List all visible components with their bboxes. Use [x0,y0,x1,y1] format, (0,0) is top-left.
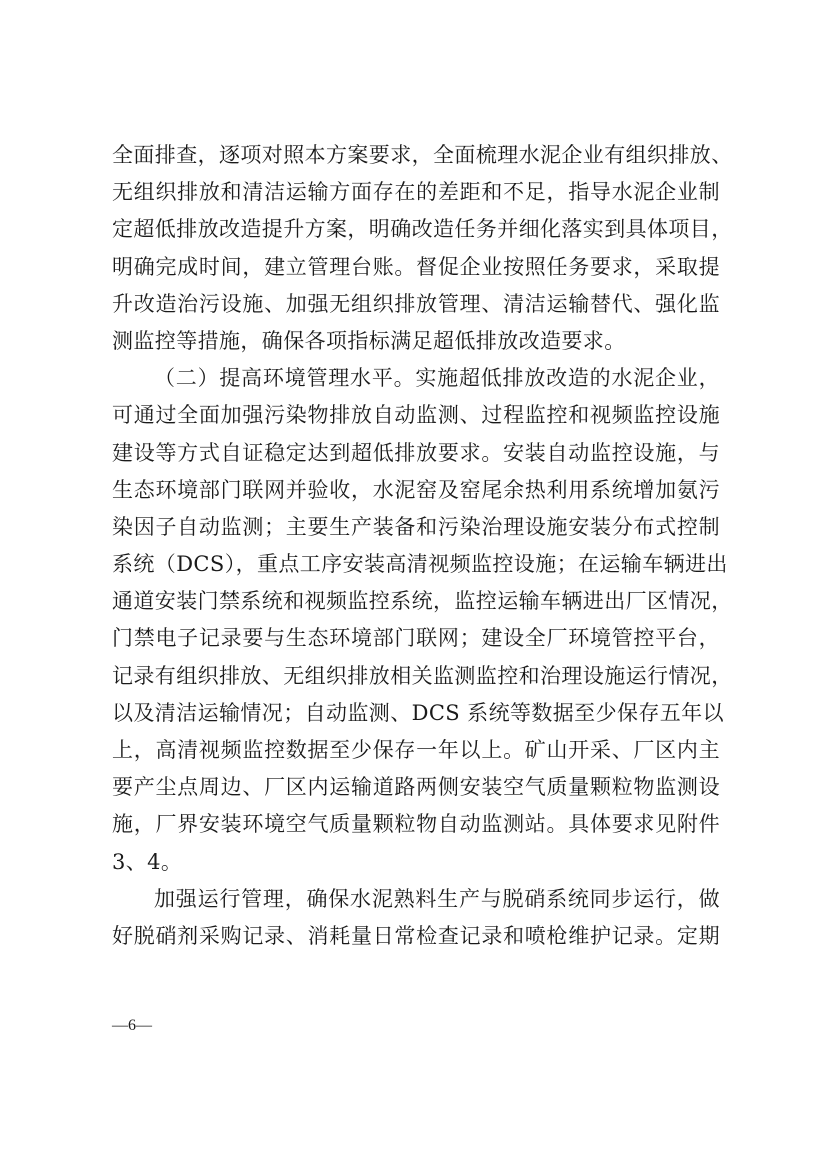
text-line: 上，高清视频监控数据至少保存一年以上。矿山开采、厂区内主 [112,732,720,769]
text-line: 生态环境部门联网并验收，水泥窑及窑尾余热利用系统增加氨污 [112,472,720,509]
section-heading-line: （二）提高环境管理水平。实施超低排放改造的水泥企业， [112,360,720,397]
text-line: 可通过全面加强污染物排放自动监测、过程监控和视频监控设施 [112,397,720,434]
document-page: 全面排查，逐项对照本方案要求，全面梳理水泥企业有组织排放、 无组织排放和清洁运输… [0,0,826,1169]
text-line: 定超低排放改造提升方案，明确改造任务并细化落实到具体项目， [112,211,720,248]
text-line: 记录有组织排放、无组织排放相关监测监控和治理设施运行情况， [112,658,720,695]
text-line: 通道安装门禁系统和视频监控系统，监控运输车辆进出厂区情况， [112,583,720,620]
text-line: 无组织排放和清洁运输方面存在的差距和不足，指导水泥企业制 [112,174,720,211]
text-line: 加强运行管理，确保水泥熟料生产与脱硝系统同步运行，做 [112,881,720,918]
text-line: 门禁电子记录要与生态环境部门联网；建设全厂环境管控平台， [112,620,720,657]
text-line: 升改造治污设施、加强无组织排放管理、清洁运输替代、强化监 [112,286,720,323]
page-number: —6— [112,1017,152,1035]
text-line: 测监控等措施，确保各项指标满足超低排放改造要求。 [112,323,720,360]
text-line: 明确完成时间，建立管理台账。督促企业按照任务要求，采取提 [112,249,720,286]
text-line: 以及清洁运输情况；自动监测、DCS 系统等数据至少保存五年以 [112,695,720,732]
text-line: 染因子自动监测；主要生产装备和污染治理设施安装分布式控制 [112,509,720,546]
text-line: 3、4。 [112,844,720,881]
text-line: 全面排查，逐项对照本方案要求，全面梳理水泥企业有组织排放、 [112,137,720,174]
text-line: 系统（DCS），重点工序安装高清视频监控设施；在运输车辆进出 [112,546,720,583]
text-line: 施，厂界安装环境空气质量颗粒物自动监测站。具体要求见附件 [112,806,720,843]
body-text: 全面排查，逐项对照本方案要求，全面梳理水泥企业有组织排放、 无组织排放和清洁运输… [112,137,720,955]
text-line: 要产尘点周边、厂区内运输道路两侧安装空气质量颗粒物监测设 [112,769,720,806]
text-line: 好脱硝剂采购记录、消耗量日常检查记录和喷枪维护记录。定期 [112,918,720,955]
text-line: 建设等方式自证稳定达到超低排放要求。安装自动监控设施，与 [112,435,720,472]
